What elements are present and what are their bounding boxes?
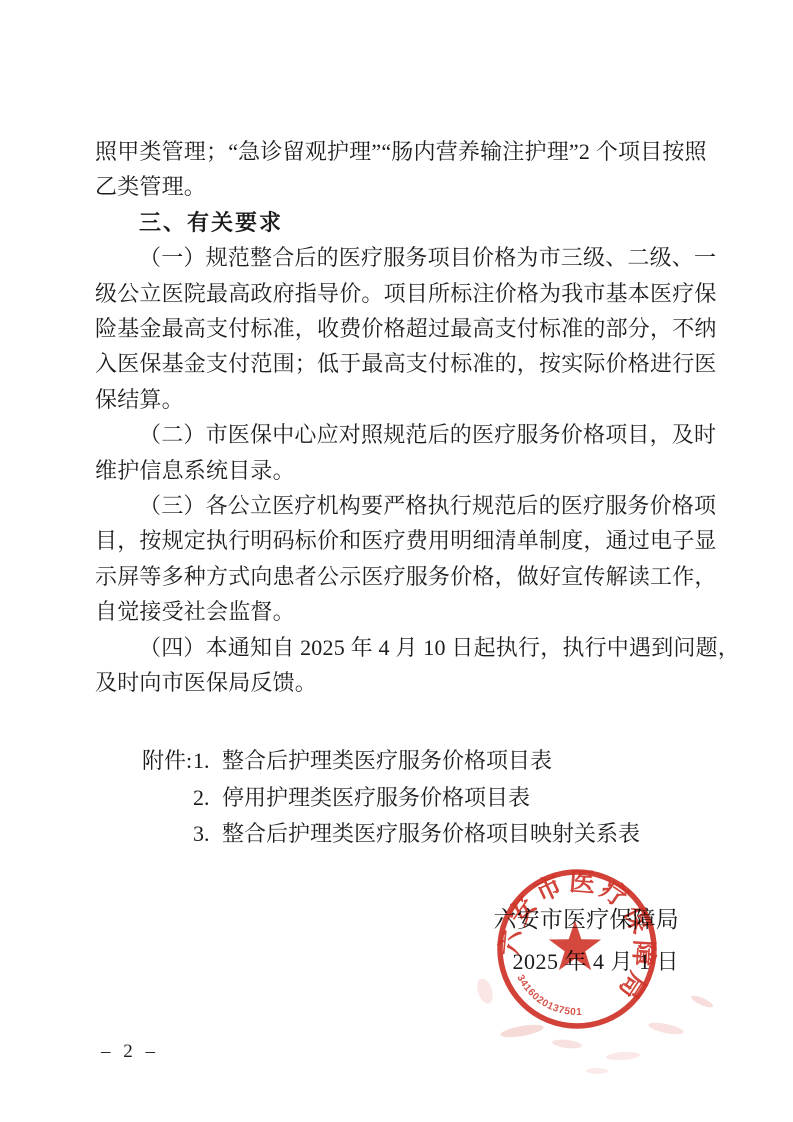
body-line: （二）市医保中心应对照规范后的医疗服务价格项目，及时 <box>95 417 713 452</box>
ink-smudge <box>647 1020 684 1036</box>
attachment-row: 3.整合后护理类医疗服务价格项目映射关系表 <box>142 816 640 853</box>
body-line: （四）本通知自 2025 年 4 月 10 日起执行，执行中遇到问题， <box>95 630 713 665</box>
attachment-number: 1. <box>193 743 222 780</box>
ink-smudge <box>499 1022 544 1039</box>
ink-smudge <box>606 1051 640 1061</box>
body-line: （三）各公立医疗机构要严格执行规范后的医疗服务价格项 <box>95 488 713 523</box>
attachment-text: 整合后护理类医疗服务价格项目表 <box>222 743 552 780</box>
ink-smudge <box>586 1068 608 1074</box>
attachment-text: 整合后护理类医疗服务价格项目映射关系表 <box>222 816 640 853</box>
document-page: 照甲类管理；“急诊留观护理”“肠内营养输注护理”2 个项目按照 乙类管理。 三、… <box>0 0 793 1122</box>
page-number: – 2 – <box>101 1041 159 1063</box>
body-line: 自觉接受社会监督。 <box>95 594 713 629</box>
attachment-row: 2.停用护理类医疗服务价格项目表 <box>142 780 640 817</box>
attachment-row: 附件:1.整合后护理类医疗服务价格项目表 <box>142 743 640 780</box>
body-line: 及时向市医保局反馈。 <box>95 665 713 700</box>
body-line: 乙类管理。 <box>95 169 713 204</box>
body-line: 示屏等多种方式向患者公示医疗服务价格，做好宣传解读工作， <box>95 559 713 594</box>
signature-date: 2025 年 4 月 1 日 <box>493 941 679 983</box>
attachment-text: 停用护理类医疗服务价格项目表 <box>222 780 530 817</box>
attachment-label <box>142 816 193 853</box>
signature-issuer: 六安市医疗保障局 <box>493 899 679 941</box>
ink-smudge <box>690 993 715 1009</box>
ink-smudge <box>552 1038 583 1050</box>
body-line: （一）规范整合后的医疗服务项目价格为市三级、二级、一 <box>95 240 713 275</box>
body-line: 级公立医院最高政府指导价。项目所标注价格为我市基本医疗保 <box>95 276 713 311</box>
body-line: 维护信息系统目录。 <box>95 453 713 488</box>
attachment-number: 2. <box>193 780 222 817</box>
body-line: 目，按规定执行明码标价和医疗费用明细清单制度，通过电子显 <box>95 523 713 558</box>
attachments-block: 附件:1.整合后护理类医疗服务价格项目表 2.停用护理类医疗服务价格项目表 3.… <box>95 743 640 853</box>
body-line: 保结算。 <box>95 382 713 417</box>
attachment-number: 3. <box>193 816 222 853</box>
body-line: 险基金最高支付标准，收费价格超过最高支付标准的部分，不纳 <box>95 311 713 346</box>
body-line: 入医保基金支付范围；低于最高支付标准的，按实际价格进行医 <box>95 346 713 381</box>
body-line: 照甲类管理；“急诊留观护理”“肠内营养输注护理”2 个项目按照 <box>95 134 713 169</box>
document-body: 照甲类管理；“急诊留观护理”“肠内营养输注护理”2 个项目按照 乙类管理。 三、… <box>95 134 713 701</box>
signature-block: 六安市医疗保障局 2025 年 4 月 1 日 <box>493 899 679 983</box>
attachment-label <box>142 780 193 817</box>
attachment-label: 附件: <box>142 743 193 780</box>
section-heading: 三、有关要求 <box>95 205 713 240</box>
